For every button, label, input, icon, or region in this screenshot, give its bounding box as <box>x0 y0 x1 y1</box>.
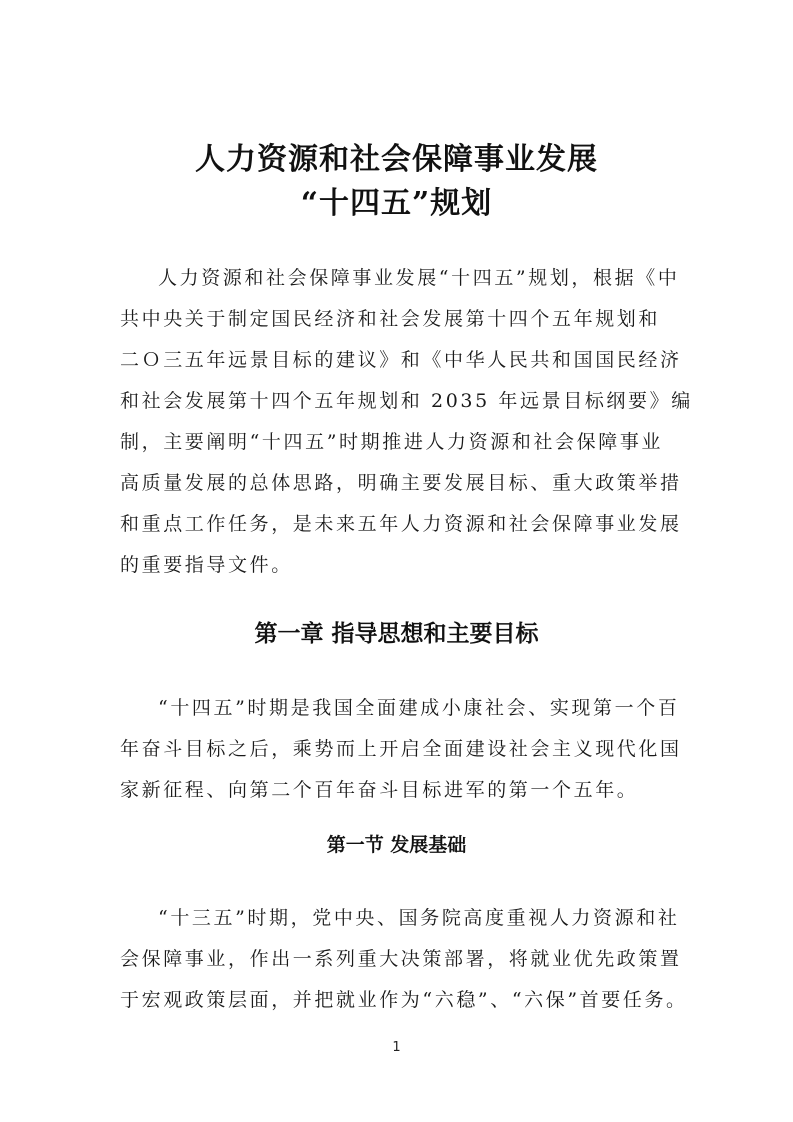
intro-paragraph: 人力资源和社会保障事业发展“十四五”规划，根据《中 共中央关于制定国民经济和社会… <box>120 258 676 586</box>
paragraph-line: 共中央关于制定国民经济和社会发展第十四个五年规划和 <box>120 299 676 340</box>
chapter-paragraph: “十四五”时期是我国全面建成小康社会、实现第一个百 年奋斗目标之后，乘势而上开启… <box>120 688 676 811</box>
chapter-heading: 第一章 指导思想和主要目标 <box>0 614 793 654</box>
paragraph-line: 制，主要阐明“十四五”时期推进人力资源和社会保障事业 <box>120 422 676 463</box>
section-heading: 第一节 发展基础 <box>0 827 793 863</box>
paragraph-line: 和重点工作任务，是未来五年人力资源和社会保障事业发展 <box>120 504 676 545</box>
section-paragraph: “十三五”时期，党中央、国务院高度重视人力资源和社 会保障事业，作出一系列重大决… <box>120 898 676 1021</box>
paragraph-line: 高质量发展的总体思路，明确主要发展目标、重大政策举措 <box>120 463 676 504</box>
paragraph-line: 和社会发展第十四个五年规划和 2035 年远景目标纲要》编 <box>120 381 676 422</box>
paragraph-line: 于宏观政策层面，并把就业作为“六稳”、“六保”首要任务。 <box>120 980 676 1021</box>
paragraph-line: “十四五”时期是我国全面建成小康社会、实现第一个百 <box>120 688 676 729</box>
document-title-line-2: “十四五”规划 <box>0 182 793 226</box>
paragraph-line: 二Ｏ三五年远景目标的建议》和《中华人民共和国国民经济 <box>120 340 676 381</box>
paragraph-line: 会保障事业，作出一系列重大决策部署，将就业优先政策置 <box>120 939 676 980</box>
paragraph-line: 年奋斗目标之后，乘势而上开启全面建设社会主义现代化国 <box>120 729 676 770</box>
paragraph-line: “十三五”时期，党中央、国务院高度重视人力资源和社 <box>120 898 676 939</box>
page-number: 1 <box>0 1040 793 1056</box>
document-page: 人力资源和社会保障事业发展 “十四五”规划 人力资源和社会保障事业发展“十四五”… <box>0 0 793 1122</box>
paragraph-line: 家新征程、向第二个百年奋斗目标进军的第一个五年。 <box>120 770 676 811</box>
paragraph-line: 的重要指导文件。 <box>120 545 676 586</box>
document-title-line-1: 人力资源和社会保障事业发展 <box>0 138 793 182</box>
paragraph-line: 人力资源和社会保障事业发展“十四五”规划，根据《中 <box>120 258 676 299</box>
